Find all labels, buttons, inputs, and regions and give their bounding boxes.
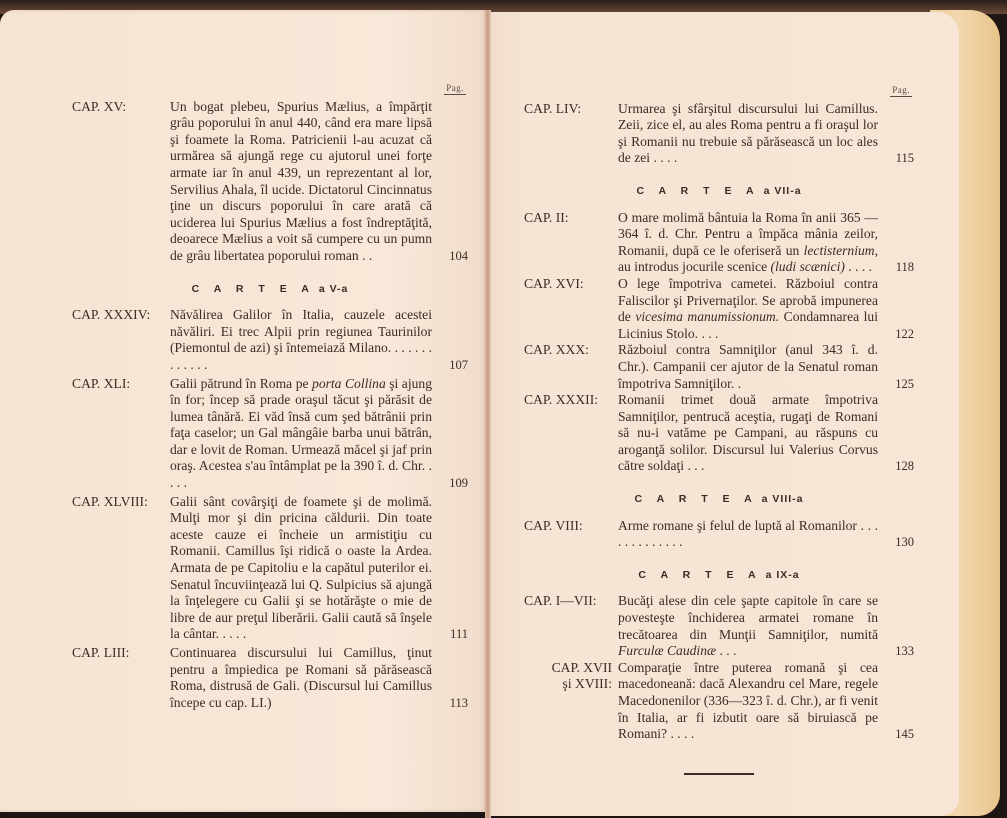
end-divider-rule — [684, 773, 754, 775]
chapter-summary: Romanii trimet două armate împotriva Sam… — [618, 392, 878, 475]
chapter-label: CAP. VIII: — [524, 518, 618, 551]
chapter-summary: Războiul contra Samniţilor (anul 343 î. … — [618, 342, 878, 392]
section-heading-book-viii: C A R T E Aa VIII-a — [524, 491, 914, 508]
toc-entry-cap-liii: CAP. LIII: Continuarea discursului lui C… — [72, 645, 468, 711]
chapter-summary: Galii sânt covârşiţi de foamete şi de mo… — [170, 494, 432, 643]
page-number: 104 — [432, 248, 468, 265]
section-heading-book-ix: C A R T E Aa IX-a — [524, 567, 914, 584]
toc-entry-cap-xvi: CAP. XVI: O lege împotriva cametei. Răzb… — [524, 276, 914, 342]
chapter-summary: Bucăţi alese din cele şapte capitole în … — [618, 593, 878, 659]
page-number: 125 — [878, 376, 914, 393]
left-page-toc: Pag. CAP. XV: Un bogat plebeu, Spurius M… — [72, 80, 468, 711]
pag-column-label: Pag. — [72, 80, 468, 97]
page-number: 122 — [878, 326, 914, 343]
page-number: 115 — [878, 150, 914, 167]
toc-entry-cap-xlviii: CAP. XLVIII: Galii sânt covârşiţi de foa… — [72, 494, 468, 643]
chapter-label: CAP. XLVIII: — [72, 494, 170, 643]
chapter-summary: Galii pătrund în Roma pe porta Collina ş… — [170, 376, 432, 492]
chapter-summary: Urmarea şi sfârşitul discursului lui Cam… — [618, 101, 878, 167]
page-number: 113 — [432, 695, 468, 712]
toc-entry-cap-xxxiv: CAP. XXXIV: Năvălirea Galilor în Italia,… — [72, 307, 468, 373]
toc-entry-cap-i-vii: CAP. I—VII: Bucăţi alese din cele şapte … — [524, 593, 914, 659]
chapter-label: CAP. XVII şi XVIII: — [524, 660, 618, 743]
chapter-label: CAP. XXX: — [524, 342, 618, 392]
chapter-summary: Comparaţie între puterea romană şi cea m… — [618, 660, 878, 743]
page-number: 133 — [878, 643, 914, 660]
book-gutter — [485, 10, 491, 818]
page-number: 109 — [432, 475, 468, 492]
section-heading-book-vii: C A R T E Aa VII-a — [524, 183, 914, 200]
chapter-summary: O lege împotriva cametei. Războiul contr… — [618, 276, 878, 342]
page-number: 130 — [878, 534, 914, 551]
page-number: 118 — [878, 259, 914, 276]
chapter-summary: Un bogat plebeu, Spurius Mælius, a împăr… — [170, 99, 432, 265]
pag-column-label: Pag. — [524, 82, 914, 99]
toc-entry-cap-xxxii: CAP. XXXII: Romanii trimet două armate î… — [524, 392, 914, 475]
toc-entry-cap-viii: CAP. VIII: Arme romane şi felul de luptă… — [524, 518, 914, 551]
toc-entry-cap-liv: CAP. LIV: Urmarea şi sfârşitul discursul… — [524, 101, 914, 167]
chapter-summary: O mare molimă bântuia la Roma în anii 36… — [618, 210, 878, 276]
page-number: 107 — [432, 357, 468, 374]
chapter-summary: Continuarea discursului lui Camillus, ţi… — [170, 645, 432, 711]
toc-entry-cap-xxx: CAP. XXX: Războiul contra Samniţilor (an… — [524, 342, 914, 392]
chapter-label: CAP. I—VII: — [524, 593, 618, 659]
chapter-label: CAP. XXXIV: — [72, 307, 170, 373]
page-number: 128 — [878, 458, 914, 475]
chapter-label: CAP. LIV: — [524, 101, 618, 167]
page-number: 145 — [878, 726, 914, 743]
section-heading-book-v: C A R T E Aa V-a — [72, 281, 468, 298]
right-page-toc: Pag. CAP. LIV: Urmarea şi sfârşitul disc… — [524, 82, 914, 775]
chapter-summary: Năvălirea Galilor în Italia, cauzele ace… — [170, 307, 432, 373]
toc-entry-cap-xv: CAP. XV: Un bogat plebeu, Spurius Mælius… — [72, 99, 468, 265]
chapter-label: CAP. XV: — [72, 99, 170, 265]
chapter-label: CAP. II: — [524, 210, 618, 276]
toc-entry-cap-xli: CAP. XLI: Galii pătrund în Roma pe porta… — [72, 376, 468, 492]
chapter-label: CAP. XVI: — [524, 276, 618, 342]
toc-entry-cap-xvii-xviii: CAP. XVII şi XVIII: Comparaţie între put… — [524, 660, 914, 743]
toc-entry-cap-ii: CAP. II: O mare molimă bântuia la Roma î… — [524, 210, 914, 276]
page-number: 111 — [432, 626, 468, 643]
chapter-summary: Arme romane şi felul de luptă al Romanil… — [618, 518, 878, 551]
chapter-label: CAP. LIII: — [72, 645, 170, 711]
chapter-label: CAP. XLI: — [72, 376, 170, 492]
chapter-label: CAP. XXXII: — [524, 392, 618, 475]
